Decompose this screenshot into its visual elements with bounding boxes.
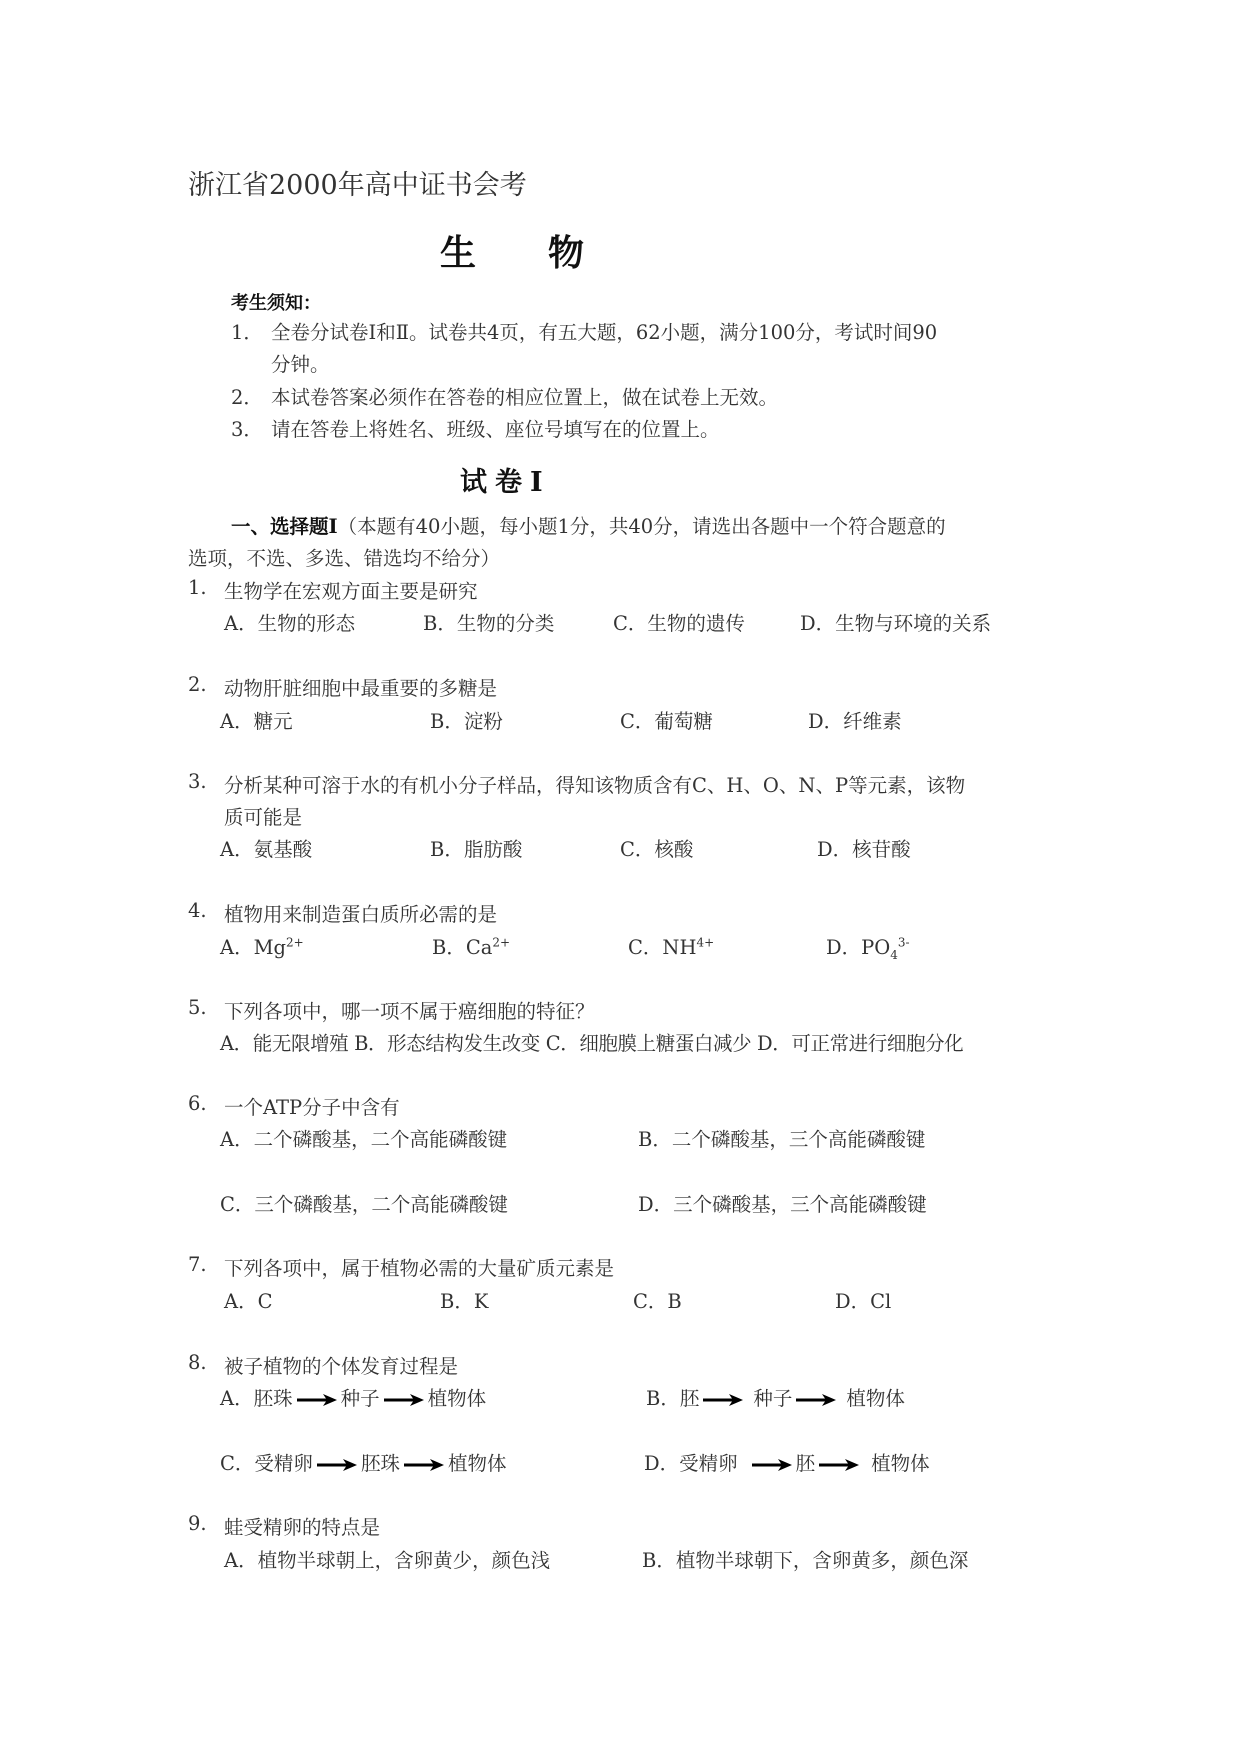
question-2-option-c: C．葡萄糖 bbox=[620, 706, 713, 734]
notice-item-2-text: 本试卷答案必须作在答卷的相应位置上，做在试卷上无效。 bbox=[271, 382, 778, 410]
notice-item-1-text-cont: 分钟。 bbox=[271, 349, 330, 377]
question-3-stem: 分析某种可溶于水的有机小分子样品，得知该物质含有C、H、O、N、P等元素，该物 bbox=[224, 770, 965, 798]
notice-item-3-text: 请在答卷上将姓名、班级、座位号填写在的位置上。 bbox=[271, 414, 720, 442]
step: 种子 bbox=[753, 1387, 792, 1410]
question-8-option-a: A．胚珠种子植物体 bbox=[220, 1383, 486, 1411]
charge-superscript: 2+ bbox=[286, 936, 304, 950]
step: 受精卵 bbox=[254, 1452, 313, 1475]
option-label: D．PO bbox=[826, 936, 890, 959]
step: 种子 bbox=[341, 1387, 380, 1410]
question-7-option-a: A．C bbox=[224, 1286, 273, 1314]
section-desc: （本题有40小题，每小题1分，共40分，请选出各题中一个符合题意的 bbox=[338, 515, 946, 538]
section-heading: 一、选择题Ⅰ bbox=[231, 515, 338, 538]
question-4-option-d: D．PO43- bbox=[826, 932, 910, 962]
question-8-stem: 被子植物的个体发育过程是 bbox=[224, 1351, 458, 1379]
notice-item-1-text: 全卷分试卷Ⅰ和Ⅱ。试卷共4页，有五大题，62小题，满分100分，考试时间90 bbox=[271, 317, 937, 345]
question-1-option-d: D．生物与环境的关系 bbox=[800, 608, 991, 636]
notice-item-3-num: 3． bbox=[231, 414, 263, 442]
question-4-option-b: B．Ca2+ bbox=[432, 932, 510, 960]
question-6-option-d: D．三个磷酸基，三个高能磷酸键 bbox=[638, 1189, 927, 1217]
question-6-stem: 一个ATP分子中含有 bbox=[224, 1092, 400, 1120]
question-6-num: 6. bbox=[188, 1092, 207, 1115]
arrow-right-icon bbox=[819, 1458, 859, 1472]
question-3-option-d: D．核苷酸 bbox=[817, 834, 911, 862]
question-4-stem: 植物用来制造蛋白质所必需的是 bbox=[224, 899, 497, 927]
option-label: A．Mg bbox=[220, 936, 286, 959]
step: 植物体 bbox=[448, 1452, 507, 1475]
exam-title: 浙江省2000年高中证书会考 bbox=[188, 163, 527, 202]
arrow-right-icon bbox=[796, 1393, 836, 1407]
question-1-stem: 生物学在宏观方面主要是研究 bbox=[224, 576, 478, 604]
option-label: D． bbox=[644, 1452, 679, 1475]
question-3-option-c: C．核酸 bbox=[620, 834, 693, 862]
subject-char-1: 生 bbox=[440, 225, 476, 276]
question-9-num: 9. bbox=[188, 1512, 207, 1535]
arrow-right-icon bbox=[297, 1393, 337, 1407]
question-3-num: 3. bbox=[188, 770, 207, 793]
arrow-right-icon bbox=[703, 1393, 743, 1407]
step: 受精卵 bbox=[679, 1452, 738, 1475]
question-2-option-b: B．淀粉 bbox=[430, 706, 503, 734]
charge-superscript: 2+ bbox=[492, 936, 510, 950]
question-7-num: 7. bbox=[188, 1253, 207, 1276]
step: 胚珠 bbox=[254, 1387, 293, 1410]
option-label: B． bbox=[646, 1387, 680, 1410]
question-8-option-d: D．受精卵胚植物体 bbox=[644, 1448, 930, 1476]
question-2-option-d: D．纤维素 bbox=[808, 706, 902, 734]
notice-item-2-num: 2． bbox=[231, 382, 263, 410]
notice-item-1-num: 1． bbox=[231, 317, 263, 345]
question-3-option-a: A．氨基酸 bbox=[220, 834, 312, 862]
question-8-num: 8. bbox=[188, 1351, 207, 1374]
question-9-stem: 蛙受精卵的特点是 bbox=[224, 1512, 380, 1540]
question-1-option-b: B．生物的分类 bbox=[423, 608, 554, 636]
charge-superscript: 4+ bbox=[697, 936, 715, 950]
arrow-right-icon bbox=[384, 1393, 424, 1407]
question-8-option-c: C．受精卵胚珠植物体 bbox=[220, 1448, 506, 1476]
step: 植物体 bbox=[871, 1452, 930, 1475]
option-label: C． bbox=[220, 1452, 254, 1475]
question-1-option-a: A．生物的形态 bbox=[224, 608, 355, 636]
section-intro: 一、选择题Ⅰ（本题有40小题，每小题1分，共40分，请选出各题中一个符合题意的 bbox=[231, 511, 946, 539]
question-7-option-c: C．B bbox=[633, 1286, 682, 1314]
question-5-options: A．能无限增殖 B．形态结构发生改变 C．细胞膜上糖蛋白减少 D．可正常进行细胞… bbox=[220, 1028, 963, 1056]
question-3-option-b: B．脂肪酸 bbox=[430, 834, 522, 862]
question-5-stem: 下列各项中，哪一项不属于癌细胞的特征？ bbox=[224, 996, 595, 1024]
question-8-option-b: B．胚种子植物体 bbox=[646, 1383, 905, 1411]
arrow-right-icon bbox=[404, 1458, 444, 1472]
question-9-option-b: B．植物半球朝下，含卵黄多，颜色深 bbox=[642, 1545, 968, 1573]
subscript: 4 bbox=[890, 948, 898, 962]
charge-superscript: 3- bbox=[898, 936, 910, 950]
question-7-option-d: D．Cl bbox=[835, 1286, 891, 1314]
step: 植物体 bbox=[428, 1387, 487, 1410]
section-desc-cont: 选项，不选、多选、错选均不给分） bbox=[188, 543, 500, 571]
question-2-num: 2. bbox=[188, 673, 207, 696]
option-label: A． bbox=[220, 1387, 254, 1410]
step: 胚 bbox=[680, 1387, 700, 1410]
notice-heading: 考生须知： bbox=[231, 289, 321, 315]
step: 植物体 bbox=[846, 1387, 905, 1410]
option-label: B．Ca bbox=[432, 936, 492, 959]
question-5-num: 5. bbox=[188, 996, 207, 1019]
question-4-option-c: C．NH4+ bbox=[628, 932, 714, 960]
question-1-num: 1. bbox=[188, 576, 207, 599]
question-7-option-b: B．K bbox=[440, 1286, 488, 1314]
paper-title: 试卷Ⅰ bbox=[460, 460, 551, 499]
question-6-option-b: B．二个磷酸基，三个高能磷酸键 bbox=[638, 1124, 925, 1152]
question-4-option-a: A．Mg2+ bbox=[220, 932, 304, 960]
question-7-stem: 下列各项中，属于植物必需的大量矿质元素是 bbox=[224, 1253, 614, 1281]
question-1-option-c: C．生物的遗传 bbox=[613, 608, 745, 636]
option-label: C．NH bbox=[628, 936, 697, 959]
step: 胚珠 bbox=[361, 1452, 400, 1475]
question-6-option-c: C．三个磷酸基，二个高能磷酸键 bbox=[220, 1189, 508, 1217]
subject-title: 生物 bbox=[440, 225, 584, 276]
arrow-right-icon bbox=[317, 1458, 357, 1472]
question-6-option-a: A．二个磷酸基，二个高能磷酸键 bbox=[220, 1124, 507, 1152]
step: 胚 bbox=[796, 1452, 816, 1475]
arrow-right-icon bbox=[752, 1458, 792, 1472]
question-3-stem-cont: 质可能是 bbox=[224, 802, 302, 830]
question-2-stem: 动物肝脏细胞中最重要的多糖是 bbox=[224, 673, 497, 701]
question-4-num: 4. bbox=[188, 899, 207, 922]
question-2-option-a: A．糖元 bbox=[220, 706, 293, 734]
question-9-option-a: A．植物半球朝上，含卵黄少，颜色浅 bbox=[224, 1545, 550, 1573]
subject-char-2: 物 bbox=[548, 225, 584, 276]
